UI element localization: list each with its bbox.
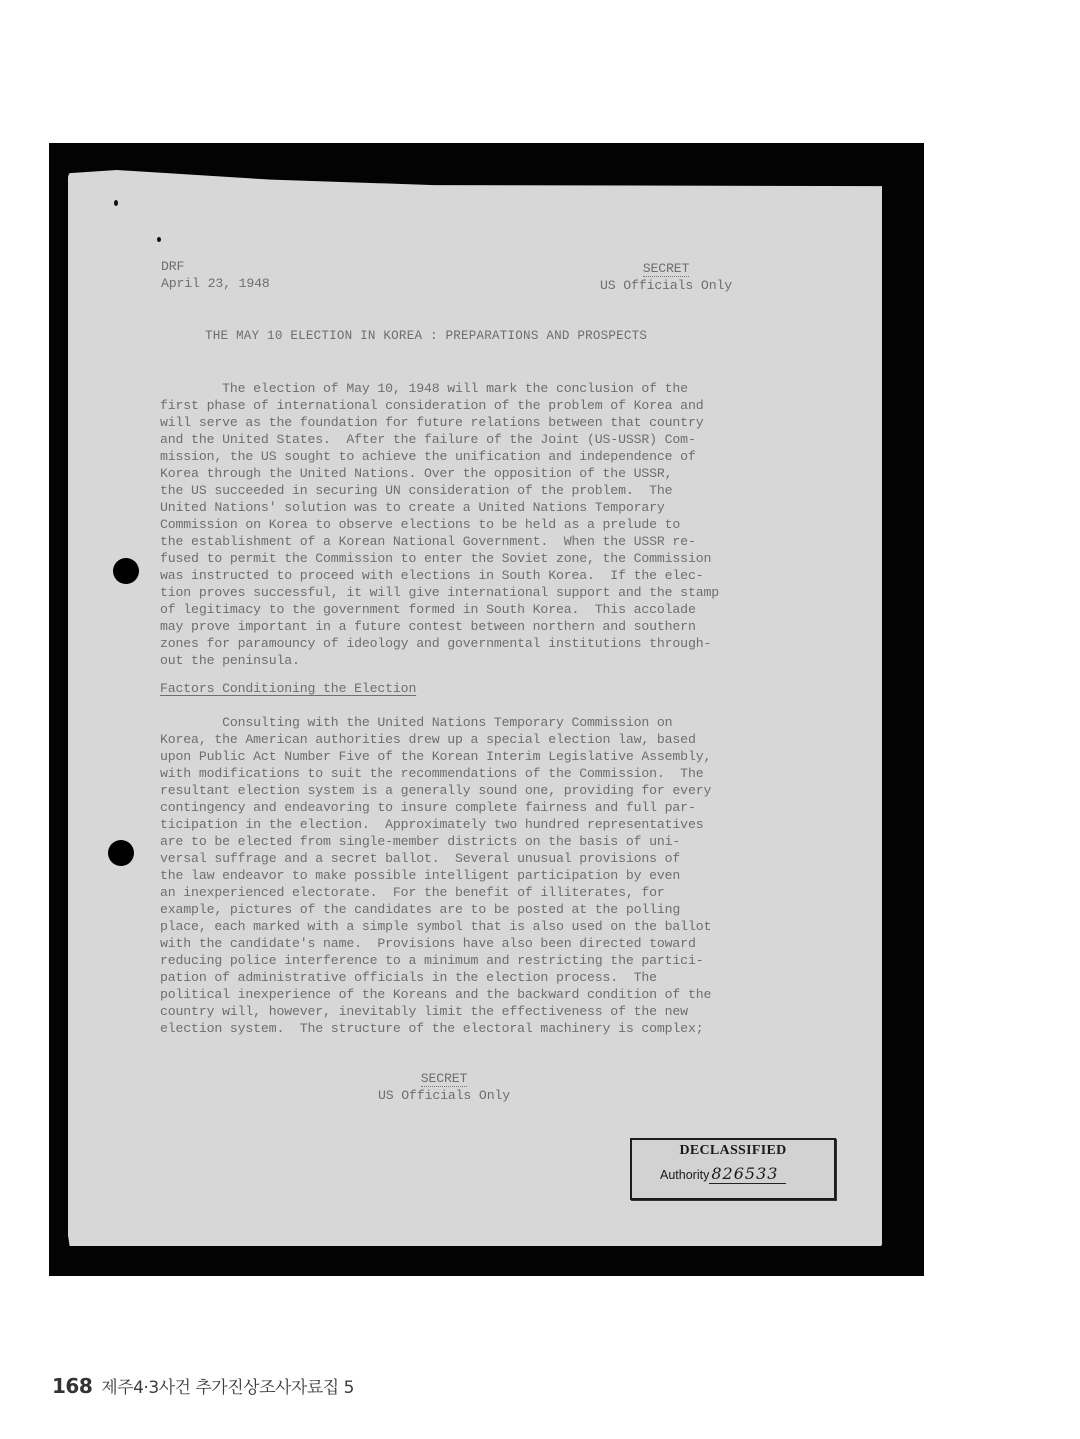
- text-line: place, each marked with a simple symbol …: [160, 919, 711, 934]
- section-heading: Factors Conditioning the Election: [160, 680, 416, 697]
- typed-memo-page: DRF April 23, 1948 SECRET US Officials O…: [68, 170, 882, 1246]
- text-line: election system. The structure of the el…: [160, 1021, 703, 1036]
- authority-label: Authority: [660, 1168, 709, 1182]
- text-line: upon Public Act Number Five of the Korea…: [160, 749, 711, 764]
- memo-title: THE MAY 10 ELECTION IN KOREA : PREPARATI…: [205, 328, 647, 345]
- declassified-stamp: DECLASSIFIED Authority826533: [630, 1138, 836, 1200]
- text-line: reducing police interference to a minimu…: [160, 953, 703, 968]
- text-line: tion proves successful, it will give int…: [160, 585, 719, 600]
- text-line: country will, however, inevitably limit …: [160, 1004, 688, 1019]
- punch-hole-icon: [108, 840, 134, 866]
- distribution-mark: US Officials Only: [378, 1088, 510, 1103]
- text-line: Commission on Korea to observe elections…: [160, 517, 680, 532]
- punch-hole-icon: [113, 558, 139, 584]
- text-line: was instructed to proceed with elections…: [160, 568, 703, 583]
- page-number: 168: [52, 1374, 92, 1398]
- text-line: out the peninsula.: [160, 653, 300, 668]
- text-line: Consulting with the United Nations Tempo…: [160, 715, 672, 730]
- text-line: United Nations' solution was to create a…: [160, 500, 665, 515]
- paragraph-intro: The election of May 10, 1948 will mark t…: [160, 380, 719, 669]
- document-photo: DRF April 23, 1948 SECRET US Officials O…: [49, 143, 924, 1276]
- paper-speck: [157, 237, 161, 242]
- text-line: example, pictures of the candidates are …: [160, 902, 680, 917]
- text-line: an inexperienced electorate. For the ben…: [160, 885, 665, 900]
- book-title: 제주4·3사건 추가진상조사자료집 5: [101, 1373, 354, 1398]
- authority-number: 826533: [709, 1164, 786, 1184]
- text-line: pation of administrative officials in th…: [160, 970, 657, 985]
- text-line: the establishment of a Korean National G…: [160, 534, 696, 549]
- text-line: with the candidate's name. Provisions ha…: [160, 936, 696, 951]
- distribution-mark: US Officials Only: [600, 278, 732, 293]
- classification-mark: SECRET: [643, 261, 690, 277]
- text-line: contingency and endeavoring to insure co…: [160, 800, 696, 815]
- classification-mark: SECRET: [421, 1071, 468, 1087]
- text-line: first phase of international considerati…: [160, 398, 703, 413]
- text-line: will serve as the foundation for future …: [160, 415, 703, 430]
- text-line: and the United States. After the failure…: [160, 432, 696, 447]
- text-line: versal suffrage and a secret ballot. Sev…: [160, 851, 680, 866]
- text-line: mission, the US sought to achieve the un…: [160, 449, 696, 464]
- stamp-authority: Authority826533: [660, 1164, 786, 1184]
- text-line: resultant election system is a generally…: [160, 783, 711, 798]
- text-line: Korea, the American authorities drew up …: [160, 732, 696, 747]
- text-line: of legitimacy to the government formed i…: [160, 602, 696, 617]
- text-line: with modifications to suit the recommend…: [160, 766, 703, 781]
- stamp-title: DECLASSIFIED: [632, 1143, 834, 1159]
- text-line: ticipation in the election. Approximatel…: [160, 817, 703, 832]
- text-line: political inexperience of the Koreans an…: [160, 987, 711, 1002]
- footer-classification: SECRET US Officials Only: [378, 1070, 510, 1104]
- text-line: the law endeavor to make possible intell…: [160, 868, 680, 883]
- header-classification: SECRET US Officials Only: [600, 260, 732, 294]
- text-line: zones for paramouncy of ideology and gov…: [160, 636, 711, 651]
- office-code: DRF: [161, 259, 184, 274]
- paragraph-factors: Consulting with the United Nations Tempo…: [160, 714, 711, 1037]
- text-line: The election of May 10, 1948 will mark t…: [160, 381, 688, 396]
- header-left: DRF April 23, 1948: [161, 258, 270, 292]
- text-line: Korea through the United Nations. Over t…: [160, 466, 672, 481]
- text-line: are to be elected from single-member dis…: [160, 834, 680, 849]
- paper-speck: [114, 200, 118, 206]
- book-page-footer: 168 제주4·3사건 추가진상조사자료집 5: [52, 1373, 354, 1398]
- memo-date: April 23, 1948: [161, 276, 270, 291]
- text-line: fused to permit the Commission to enter …: [160, 551, 711, 566]
- text-line: may prove important in a future contest …: [160, 619, 696, 634]
- text-line: the US succeeded in securing UN consider…: [160, 483, 672, 498]
